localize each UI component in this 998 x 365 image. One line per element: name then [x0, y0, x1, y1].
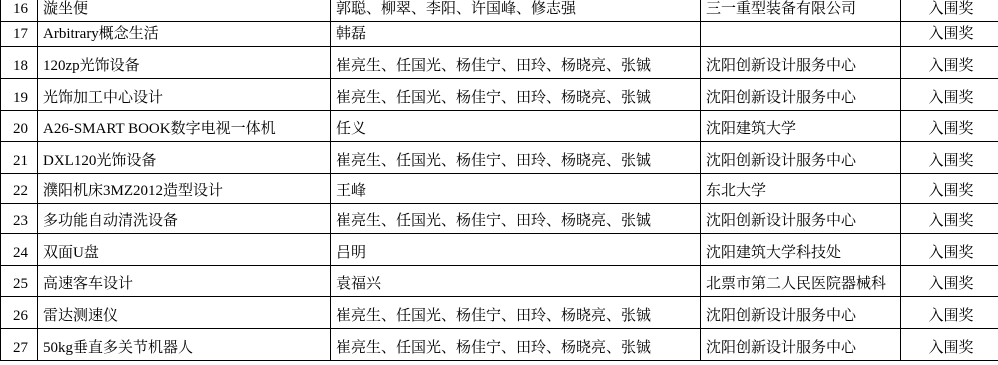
- project-name-cell: Arbitrary概念生活: [38, 22, 331, 47]
- row-number-cell: 18: [1, 47, 38, 79]
- table-row: 16 漩坐便 郭聪、柳翠、李阳、许国峰、修志强 三一重型装备有限公司 入围奖: [1, 0, 998, 22]
- organization-cell: 北票市第二人民医院器械科: [701, 266, 901, 297]
- authors-cell: 韩磊: [331, 22, 701, 47]
- table-row: 18 120zp光饰设备 崔亮生、任国光、杨佳宁、田玲、杨晓亮、张铖 沈阳创新设…: [1, 47, 998, 79]
- award-cell: 入围奖: [901, 297, 998, 329]
- row-number-cell: 19: [1, 79, 38, 111]
- authors-cell: 崔亮生、任国光、杨佳宁、田玲、杨晓亮、张铖: [331, 297, 701, 329]
- award-cell: 入围奖: [901, 329, 998, 361]
- project-name-cell: 双面U盘: [38, 234, 331, 266]
- organization-cell: 沈阳创新设计服务中心: [701, 142, 901, 174]
- organization-cell: 东北大学: [701, 174, 901, 204]
- project-name-cell: 高速客车设计: [38, 266, 331, 297]
- award-cell: 入围奖: [901, 266, 998, 297]
- row-number-cell: 21: [1, 142, 38, 174]
- table-row: 27 50kg垂直多关节机器人 崔亮生、任国光、杨佳宁、田玲、杨晓亮、张铖 沈阳…: [1, 329, 998, 361]
- authors-cell: 崔亮生、任国光、杨佳宁、田玲、杨晓亮、张铖: [331, 142, 701, 174]
- organization-cell: [701, 22, 901, 47]
- table-row: 24 双面U盘 吕明 沈阳建筑大学科技处 入围奖: [1, 234, 998, 266]
- row-number-cell: 22: [1, 174, 38, 204]
- project-name-cell: 120zp光饰设备: [38, 47, 331, 79]
- row-number-cell: 26: [1, 297, 38, 329]
- row-number-cell: 23: [1, 204, 38, 234]
- organization-cell: 沈阳创新设计服务中心: [701, 47, 901, 79]
- table-row: 23 多功能自动清洗设备 崔亮生、任国光、杨佳宁、田玲、杨晓亮、张铖 沈阳创新设…: [1, 204, 998, 234]
- authors-cell: 王峰: [331, 174, 701, 204]
- project-name-cell: DXL120光饰设备: [38, 142, 331, 174]
- award-cell: 入围奖: [901, 0, 998, 22]
- award-cell: 入围奖: [901, 79, 998, 111]
- award-table: 16 漩坐便 郭聪、柳翠、李阳、许国峰、修志强 三一重型装备有限公司 入围奖 1…: [0, 0, 998, 361]
- organization-cell: 沈阳创新设计服务中心: [701, 204, 901, 234]
- table-row: 25 高速客车设计 袁福兴 北票市第二人民医院器械科 入围奖: [1, 266, 998, 297]
- table-row: 19 光饰加工中心设计 崔亮生、任国光、杨佳宁、田玲、杨晓亮、张铖 沈阳创新设计…: [1, 79, 998, 111]
- project-name-cell: 濮阳机床3MZ2012造型设计: [38, 174, 331, 204]
- project-name-cell: 漩坐便: [38, 0, 331, 22]
- authors-cell: 崔亮生、任国光、杨佳宁、田玲、杨晓亮、张铖: [331, 79, 701, 111]
- organization-cell: 沈阳建筑大学科技处: [701, 234, 901, 266]
- authors-cell: 崔亮生、任国光、杨佳宁、田玲、杨晓亮、张铖: [331, 329, 701, 361]
- authors-cell: 崔亮生、任国光、杨佳宁、田玲、杨晓亮、张铖: [331, 204, 701, 234]
- project-name-cell: 50kg垂直多关节机器人: [38, 329, 331, 361]
- row-number-cell: 24: [1, 234, 38, 266]
- authors-cell: 任义: [331, 111, 701, 142]
- award-cell: 入围奖: [901, 204, 998, 234]
- authors-cell: 袁福兴: [331, 266, 701, 297]
- row-number-cell: 20: [1, 111, 38, 142]
- award-cell: 入围奖: [901, 234, 998, 266]
- organization-cell: 沈阳创新设计服务中心: [701, 297, 901, 329]
- award-cell: 入围奖: [901, 22, 998, 47]
- row-number-cell: 16: [1, 0, 38, 22]
- organization-cell: 沈阳创新设计服务中心: [701, 329, 901, 361]
- organization-cell: 三一重型装备有限公司: [701, 0, 901, 22]
- row-number-cell: 27: [1, 329, 38, 361]
- award-cell: 入围奖: [901, 142, 998, 174]
- project-name-cell: 雷达测速仪: [38, 297, 331, 329]
- award-table-document: 16 漩坐便 郭聪、柳翠、李阳、许国峰、修志强 三一重型装备有限公司 入围奖 1…: [0, 0, 998, 365]
- table-row: 17 Arbitrary概念生活 韩磊 入围奖: [1, 22, 998, 47]
- table-row: 20 A26-SMART BOOK数字电视一体机 任义 沈阳建筑大学 入围奖: [1, 111, 998, 142]
- award-cell: 入围奖: [901, 47, 998, 79]
- authors-cell: 吕明: [331, 234, 701, 266]
- organization-cell: 沈阳建筑大学: [701, 111, 901, 142]
- table-row: 22 濮阳机床3MZ2012造型设计 王峰 东北大学 入围奖: [1, 174, 998, 204]
- authors-cell: 崔亮生、任国光、杨佳宁、田玲、杨晓亮、张铖: [331, 47, 701, 79]
- award-cell: 入围奖: [901, 174, 998, 204]
- organization-cell: 沈阳创新设计服务中心: [701, 79, 901, 111]
- table-row: 26 雷达测速仪 崔亮生、任国光、杨佳宁、田玲、杨晓亮、张铖 沈阳创新设计服务中…: [1, 297, 998, 329]
- row-number-cell: 17: [1, 22, 38, 47]
- project-name-cell: 光饰加工中心设计: [38, 79, 331, 111]
- table-row: 21 DXL120光饰设备 崔亮生、任国光、杨佳宁、田玲、杨晓亮、张铖 沈阳创新…: [1, 142, 998, 174]
- project-name-cell: A26-SMART BOOK数字电视一体机: [38, 111, 331, 142]
- project-name-cell: 多功能自动清洗设备: [38, 204, 331, 234]
- authors-cell: 郭聪、柳翠、李阳、许国峰、修志强: [331, 0, 701, 22]
- award-cell: 入围奖: [901, 111, 998, 142]
- row-number-cell: 25: [1, 266, 38, 297]
